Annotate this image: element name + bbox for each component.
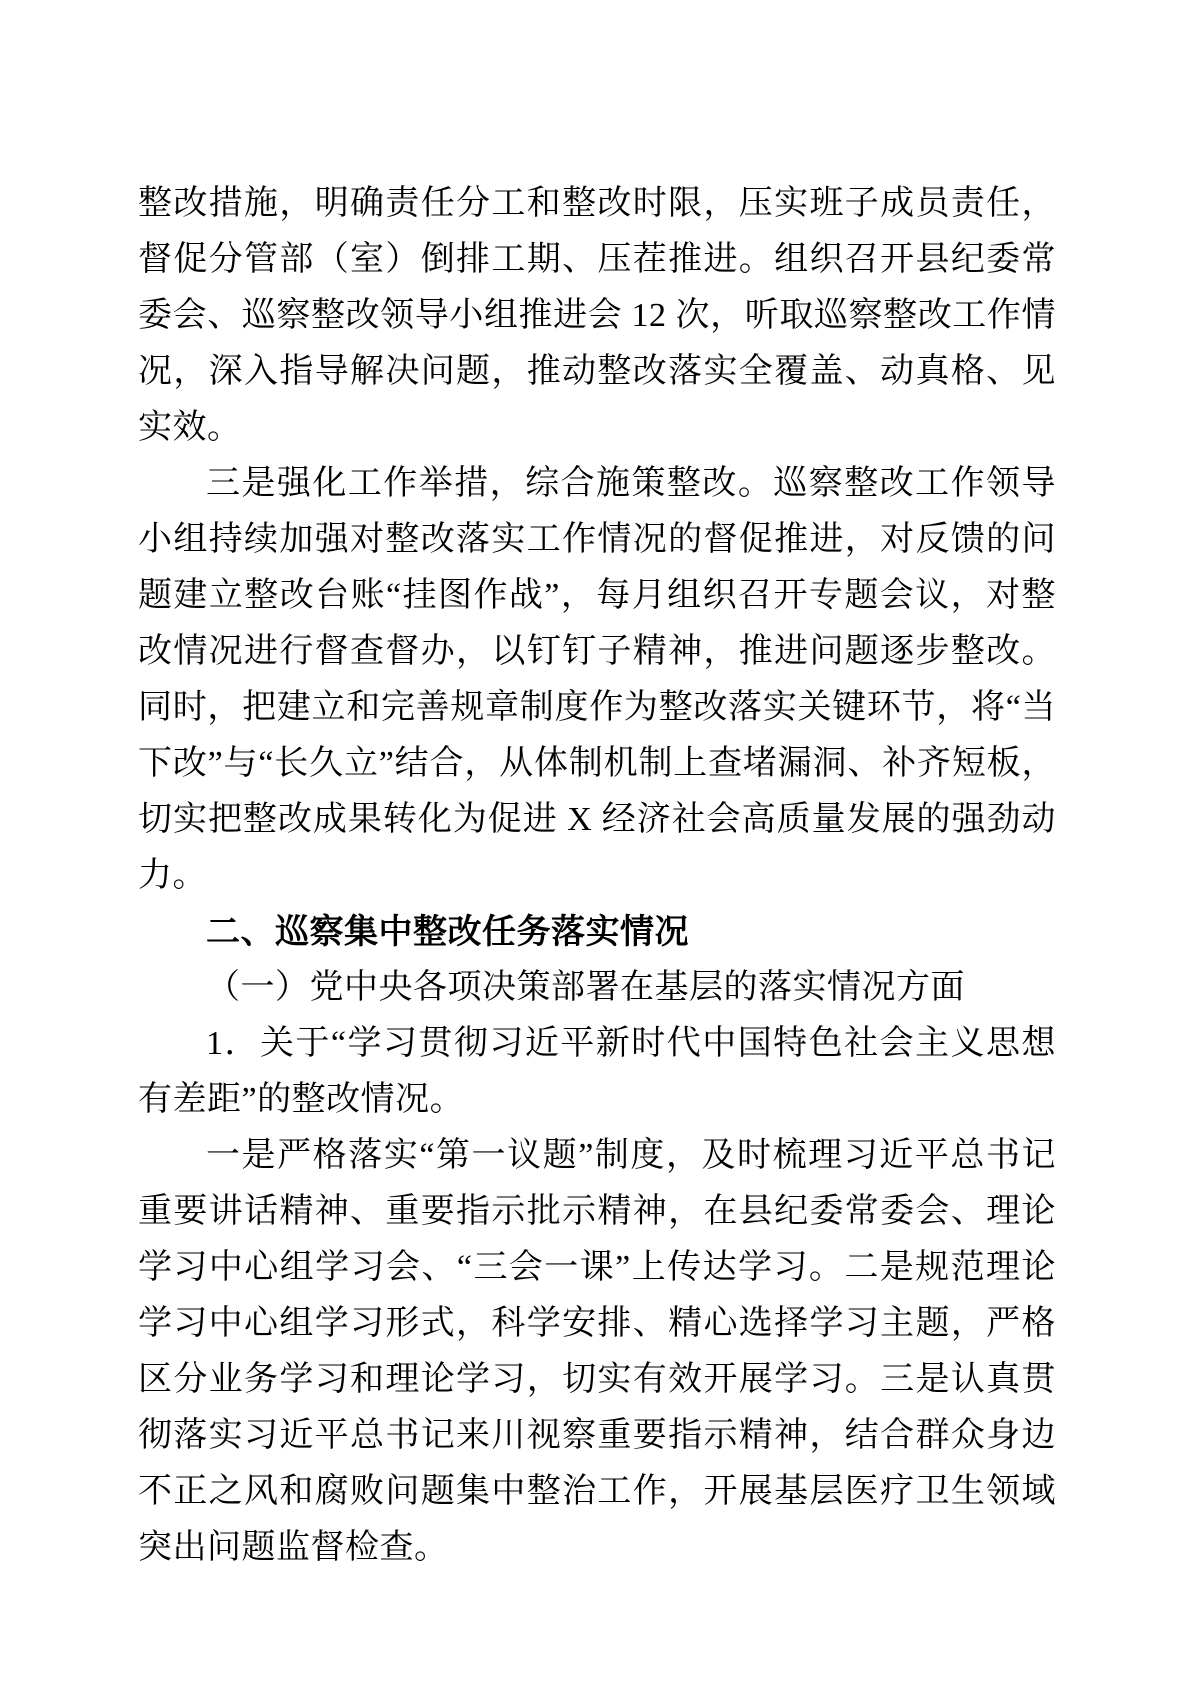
paragraph-body: 整改措施，明确责任分工和整改时限，压实班子成员责任，督促分管部（室）倒排工期、压… <box>138 176 1056 456</box>
paragraph-body: 一是严格落实“第一议题”制度，及时梳理习近平总书记重要讲话精神、重要指示批示精神… <box>138 1128 1056 1576</box>
document-page: 整改措施，明确责任分工和整改时限，压实班子成员责任，督促分管部（室）倒排工期、压… <box>0 0 1190 1683</box>
paragraph-heading-sub: （一）党中央各项决策部署在基层的落实情况方面 <box>138 960 1056 1016</box>
paragraph-body: 1．关于“学习贯彻习近平新时代中国特色社会主义思想有差距”的整改情况。 <box>138 1016 1056 1128</box>
paragraph-heading-major: 二、巡察集中整改任务落实情况 <box>138 904 1056 960</box>
paragraph-body: 三是强化工作举措，综合施策整改。巡察整改工作领导小组持续加强对整改落实工作情况的… <box>138 456 1056 904</box>
document-body: 整改措施，明确责任分工和整改时限，压实班子成员责任，督促分管部（室）倒排工期、压… <box>138 176 1056 1576</box>
